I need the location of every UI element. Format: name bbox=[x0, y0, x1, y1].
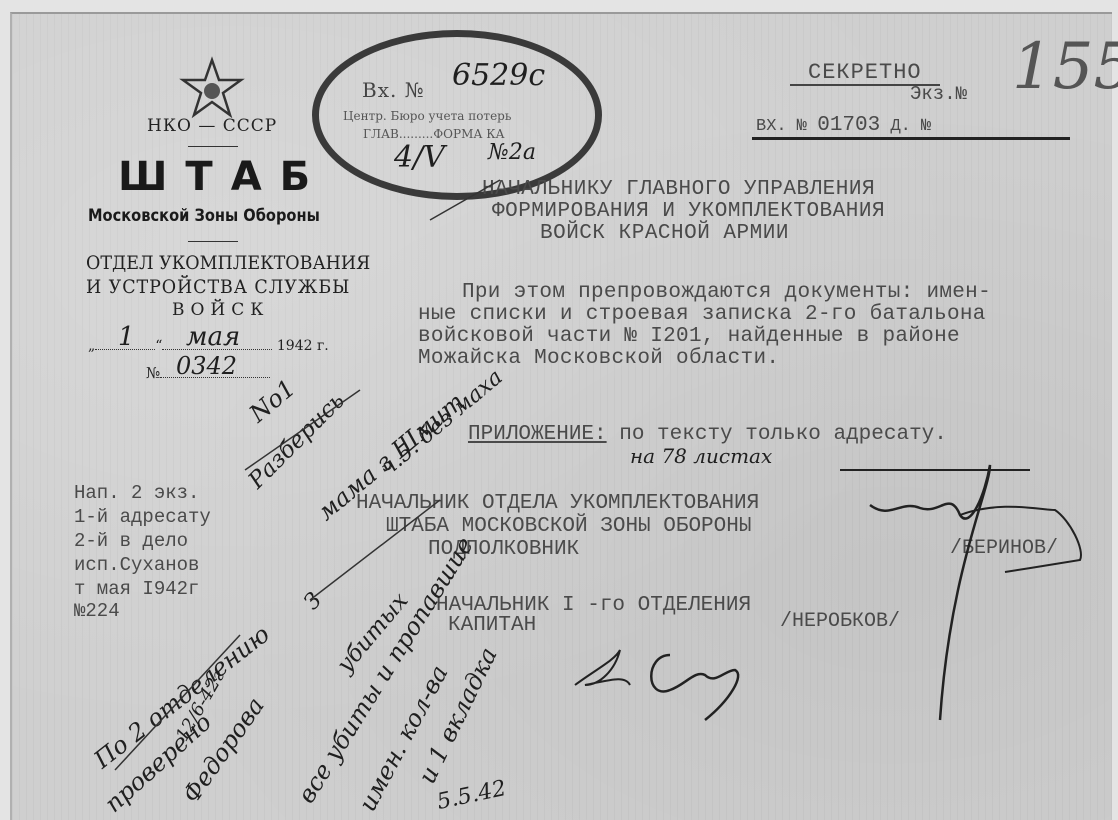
pen-strokes-icon bbox=[0, 0, 1118, 820]
